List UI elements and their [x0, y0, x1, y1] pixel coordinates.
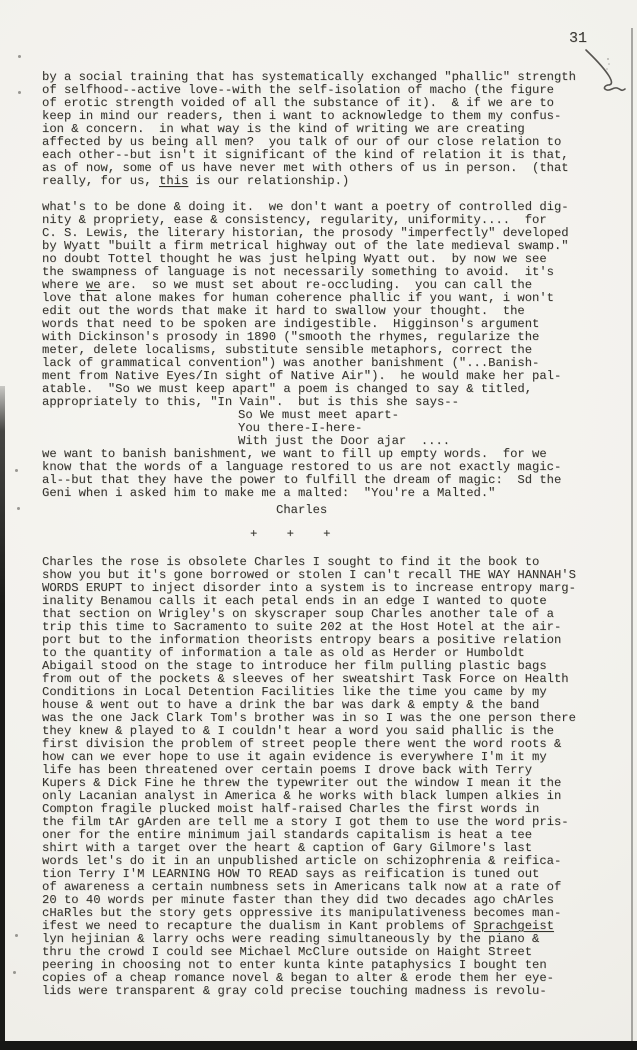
margin-dot — [15, 469, 18, 472]
paragraph-1: by a social training that has systematic… — [42, 71, 576, 188]
verse-quote: So We must meet apart-You there-I-here-W… — [238, 409, 450, 448]
text-line: Geni when i asked him to make me a malte… — [42, 487, 561, 500]
scan-edge-left — [0, 386, 5, 1050]
margin-dot — [15, 934, 18, 937]
scan-edge-bottom — [0, 1041, 637, 1050]
plus-separator: + + + — [250, 528, 330, 541]
margin-dot — [18, 91, 21, 94]
underlined-word: Sprachgeist — [474, 919, 554, 933]
paragraph-charles-prose: Charles the rose is obsolete Charles I s… — [42, 556, 576, 998]
scan-edge-right — [631, 28, 633, 1041]
text-line: lids were transparent & gray cold precis… — [42, 985, 576, 998]
scanned-typescript-page: { "document": { "page_number": "31", "he… — [0, 0, 637, 1050]
underlined-word: this — [159, 174, 188, 188]
margin-dot — [17, 507, 20, 510]
margin-dot — [13, 971, 16, 974]
underlined-word: we — [86, 278, 101, 292]
paragraph-2-continued: we want to banish banishment, we want to… — [42, 448, 561, 500]
margin-dot — [18, 55, 21, 58]
paragraph-2: what's to be done & doing it. we don't w… — [42, 201, 569, 409]
text-line: really, for us, this is our relationship… — [42, 175, 576, 188]
pen-checkmark-icon — [577, 42, 635, 100]
section-heading: Charles — [276, 504, 327, 517]
